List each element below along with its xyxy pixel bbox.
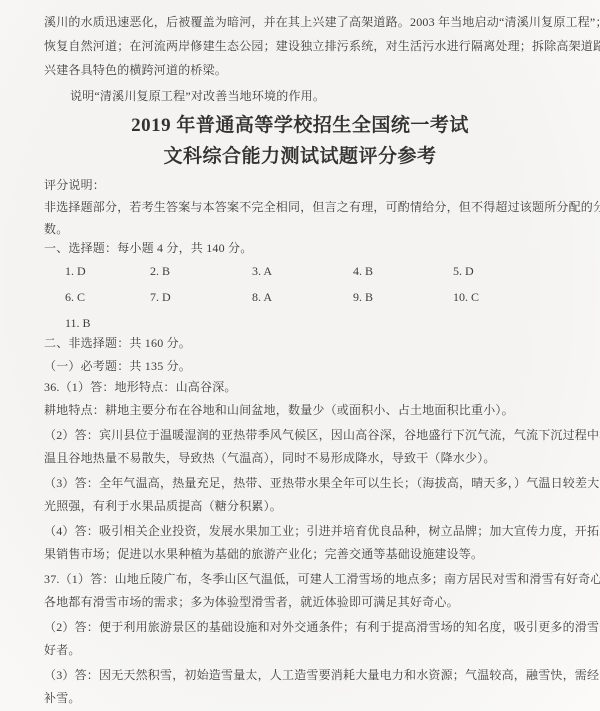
mcq-answer: 1. D — [65, 258, 86, 284]
answer-line: 光照强，有利于水果品质提高（糖分积累）。 — [44, 495, 570, 518]
mcq-answer: 9. B — [353, 284, 373, 310]
question-prompt: 说明“清溪川复原工程”对改善当地环境的作用。 — [44, 84, 570, 108]
answer-q36-1: 36.（1）答：地形特点：山高谷深。 耕地特点：耕地主要分布在谷地和山间盆地，数… — [44, 376, 570, 422]
answer-line: （2）答：宾川县位于温暖湿润的亚热带季风气候区，因山高谷深，谷地盛行下沉气流，气… — [44, 424, 570, 447]
answer-q37-3: （3）答：因无天然积雪，初始造雪量太，人工造雪要消耗大量电力和水资源；气温较高，… — [44, 664, 570, 710]
answer-line: （3）答：因无天然积雪，初始造雪量太，人工造雪要消耗大量电力和水资源；气温较高，… — [44, 664, 570, 687]
passage-line: 溪川的水质迅速恶化，后被覆盖为暗河，并在其上兴建了高架道路。2003 年当地启动… — [44, 10, 570, 34]
frq-section-heading: 二、非选择题：共 160 分。 — [44, 332, 570, 355]
answer-line: 温且谷地热量不易散失，导致热（气温高），同时不易形成降水，导致干（降水少）。 — [44, 447, 570, 470]
mcq-answer: 8. A — [252, 284, 272, 310]
exam-answer-key-document: 溪川的水质迅速恶化，后被覆盖为暗河，并在其上兴建了高架道路。2003 年当地启动… — [0, 0, 600, 711]
answer-q36-3: （3）答：全年气温高，热量充足，热带、亚热带水果全年可以生长；（海拔高，晴天多，… — [44, 472, 570, 518]
scoring-note-line: 数。 — [44, 218, 570, 240]
answer-line: （4）答：吸引相关企业投资，发展水果加工业；引进并培育优良品种，树立品牌；加大宣… — [44, 520, 570, 543]
answer-line: （2）答：便于利用旅游景区的基础设施和对外交通条件；有利于提高滑雪场的知名度，吸… — [44, 616, 570, 639]
answer-q37-1: 37.（1）答：山地丘陵广布，冬季山区气温低，可建人工滑雪场的地点多；南方居民对… — [44, 568, 570, 614]
passage-line: 恢复自然河道；在河流两岸修建生态公园；建设独立排污系统，对生活污水进行隔离处理；… — [44, 34, 570, 58]
answer-line: 好者。 — [44, 639, 570, 662]
answer-line: 37.（1）答：山地丘陵广布，冬季山区气温低，可建人工滑雪场的地点多；南方居民对… — [44, 568, 570, 591]
scoring-instructions: 评分说明： 非选择题部分，若考生答案与本答案不完全相同，但言之有理，可酌情给分，… — [44, 174, 570, 240]
page-subtitle: 文科综合能力测试试题评分参考 — [0, 141, 600, 172]
page-title: 2019 年普通高等学校招生全国统一考试 — [0, 110, 600, 141]
scoring-heading: 评分说明： — [44, 174, 570, 196]
answer-line: 果销售市场；促进以水果种植为基础的旅游产业化；完善交通等基础设施建设等。 — [44, 543, 570, 566]
mcq-answer: 10. C — [453, 284, 479, 310]
mcq-answer-row: 1. D 2. B 3. A 4. B 5. D — [44, 258, 570, 284]
mcq-answer: 4. B — [353, 258, 373, 284]
answer-line: 各地都有滑雪市场的需求；多为体验型滑雪者，就近体验即可满足其好奇心。 — [44, 591, 570, 614]
mcq-answer: 2. B — [150, 258, 170, 284]
mcq-answer: 5. D — [453, 258, 474, 284]
mcq-section-heading: 一、选择题：每小题 4 分，共 140 分。 — [44, 238, 570, 258]
answer-line: 补雪。 — [44, 687, 570, 710]
free-response-headings: 二、非选择题：共 160 分。 （一）必考题：共 135 分。 — [44, 332, 570, 378]
mcq-answer: 3. A — [252, 258, 272, 284]
free-response-answers: 36.（1）答：地形特点：山高谷深。 耕地特点：耕地主要分布在谷地和山间盆地，数… — [44, 376, 570, 710]
answer-q37-2: （2）答：便于利用旅游景区的基础设施和对外交通条件；有利于提高滑雪场的知名度，吸… — [44, 616, 570, 662]
mcq-answer-row: 6. C 7. D 8. A 9. B 10. C — [44, 284, 570, 310]
scoring-note-line: 非选择题部分，若考生答案与本答案不完全相同，但言之有理，可酌情给分，但不得超过该… — [44, 196, 570, 218]
frq-subsection-heading: （一）必考题：共 135 分。 — [44, 355, 570, 378]
passage-line: 兴建各具特色的横跨河道的桥梁。 — [44, 58, 570, 82]
answer-line: （3）答：全年气温高，热量充足，热带、亚热带水果全年可以生长；（海拔高，晴天多，… — [44, 472, 570, 495]
answer-q36-4: （4）答：吸引相关企业投资，发展水果加工业；引进并培育优良品种，树立品牌；加大宣… — [44, 520, 570, 566]
answer-line: 耕地特点：耕地主要分布在谷地和山间盆地，数量少（或面积小、占土地面积比重小）。 — [44, 399, 570, 422]
mcq-answer: 7. D — [150, 284, 171, 310]
multiple-choice-section: 一、选择题：每小题 4 分，共 140 分。 1. D 2. B 3. A 4.… — [44, 238, 570, 336]
answer-line: 36.（1）答：地形特点：山高谷深。 — [44, 376, 570, 399]
document-titles: 2019 年普通高等学校招生全国统一考试 文科综合能力测试试题评分参考 — [0, 110, 600, 172]
answer-q36-2: （2）答：宾川县位于温暖湿润的亚热带季风气候区，因山高谷深，谷地盛行下沉气流，气… — [44, 424, 570, 470]
mcq-answer: 6. C — [65, 284, 85, 310]
intro-passage: 溪川的水质迅速恶化，后被覆盖为暗河，并在其上兴建了高架道路。2003 年当地启动… — [44, 10, 570, 108]
